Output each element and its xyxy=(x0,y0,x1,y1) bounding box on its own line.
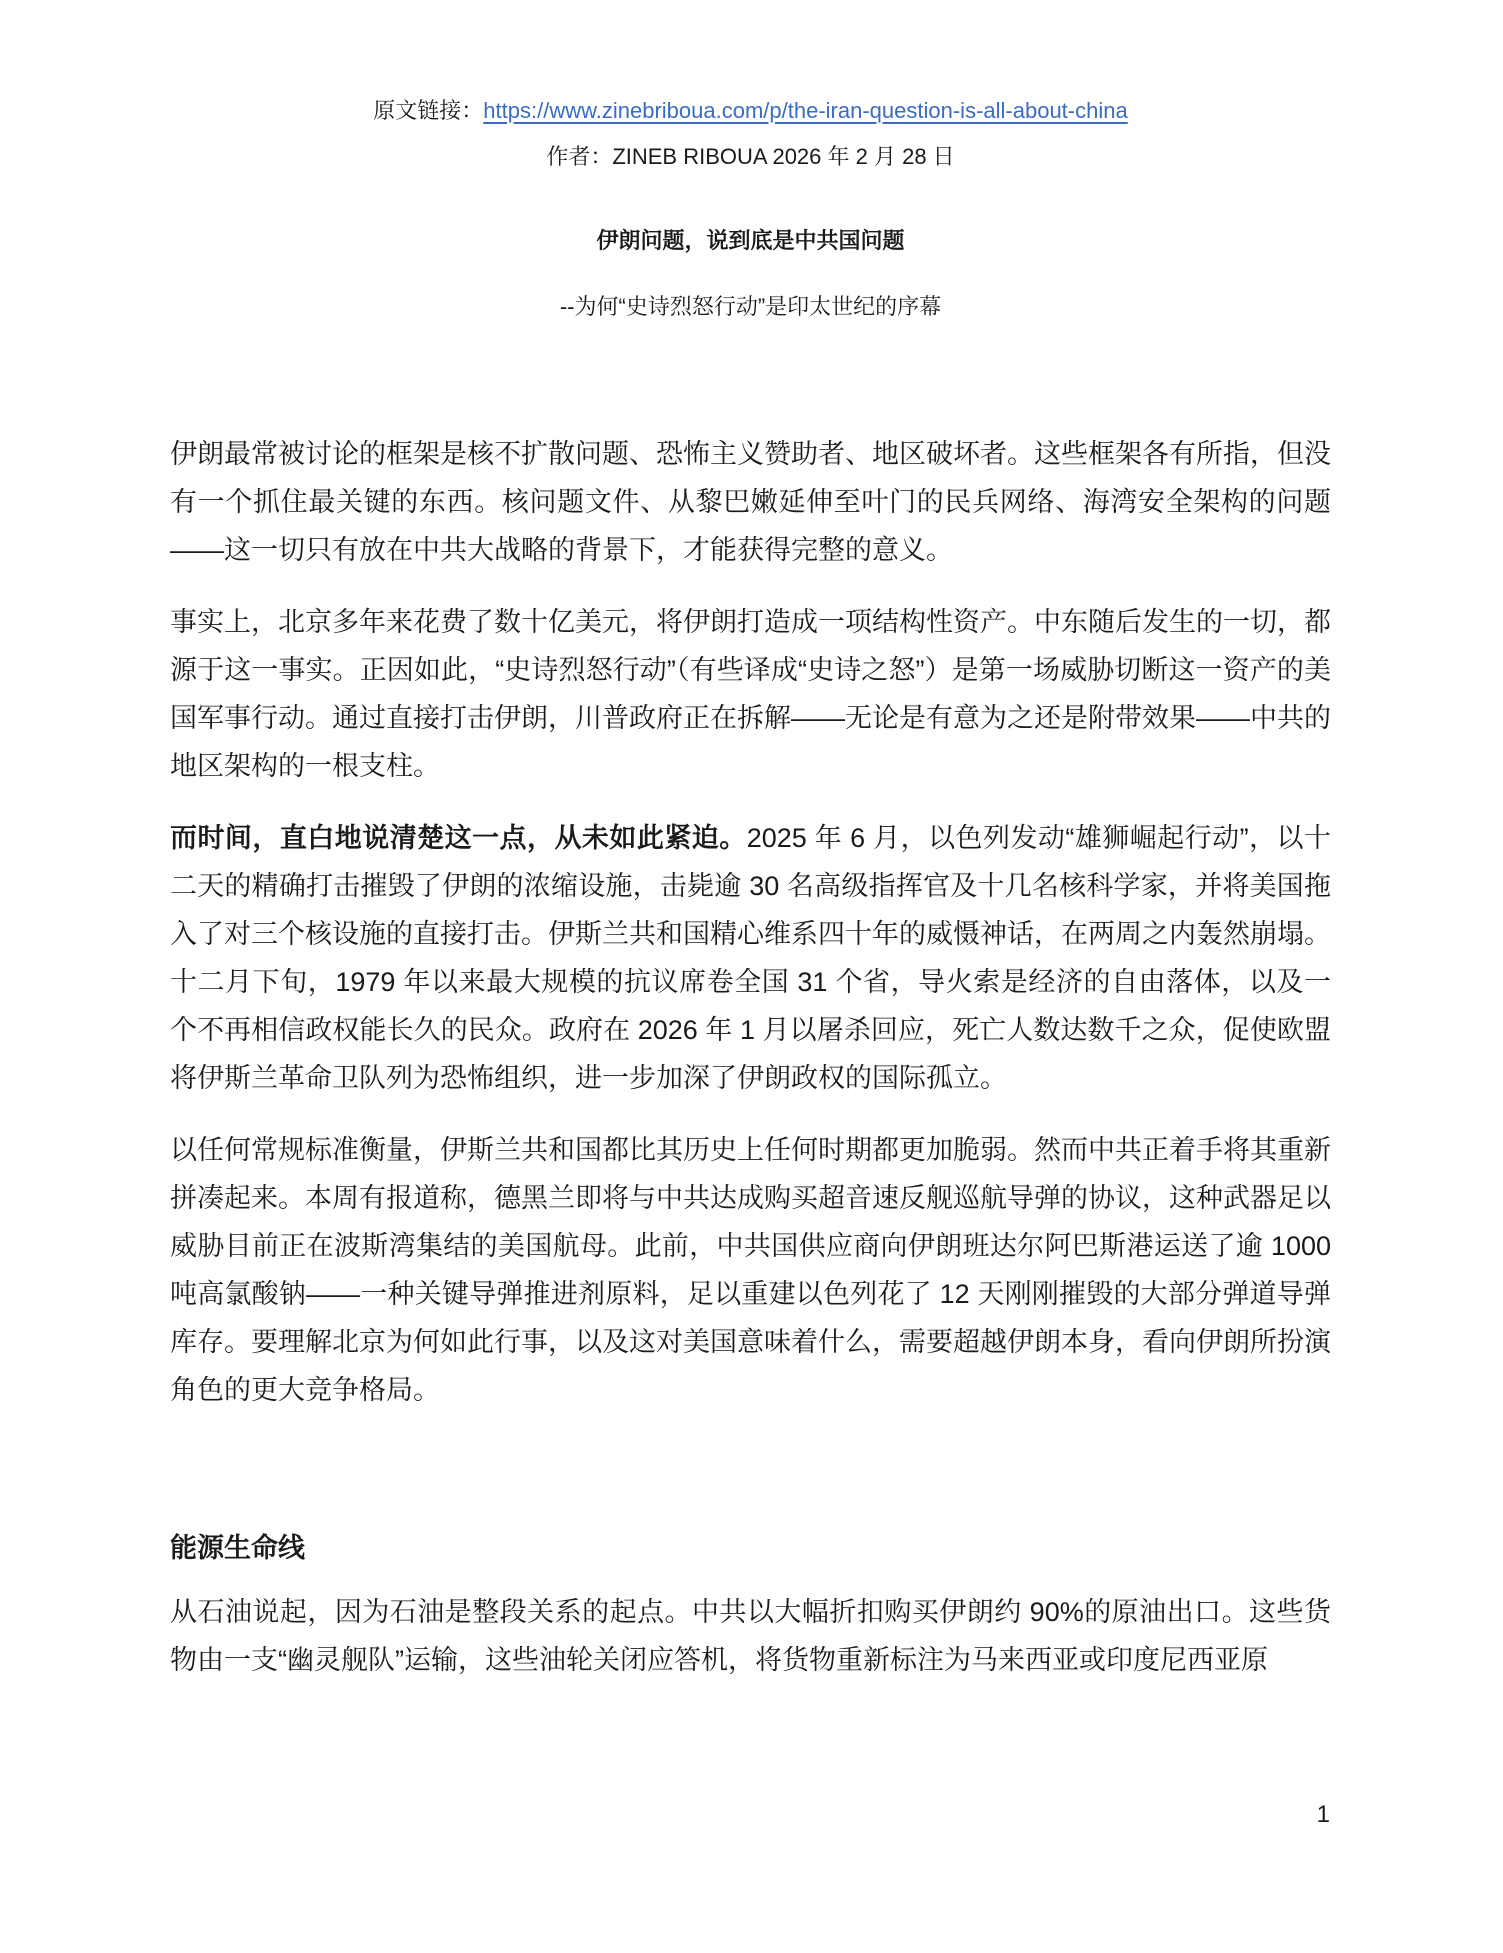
bold-lead-sentence: 而时间，直白地说清楚这一点，从未如此紧迫。 xyxy=(170,823,747,853)
section-heading-energy-lifeline: 能源生命线 xyxy=(170,1524,1331,1572)
byline: 作者：ZINEB RIBOUA 2026 年 2 月 28 日 xyxy=(170,134,1331,180)
body-paragraph-3: 而时间，直白地说清楚这一点，从未如此紧迫。2025 年 6 月，以色列发动“雄狮… xyxy=(170,814,1331,1102)
page-number: 1 xyxy=(1317,1800,1330,1830)
article-subtitle: --为何“史诗烈怒行动”是印太世纪的序幕 xyxy=(170,294,1331,320)
body-paragraph-1: 伊朗最常被讨论的框架是核不扩散问题、恐怖主义赞助者、地区破坏者。这些框架各有所指… xyxy=(170,430,1331,574)
body-paragraph-2: 事实上，北京多年来花费了数十亿美元，将伊朗打造成一项结构性资产。中东随后发生的一… xyxy=(170,598,1331,790)
body-paragraph-4: 以任何常规标准衡量，伊斯兰共和国都比其历史上任何时期都更加脆弱。然而中共正着手将… xyxy=(170,1126,1331,1414)
paragraph-3-body: 2025 年 6 月，以色列发动“雄狮崛起行动”，以十二天的精确打击摧毁了伊朗的… xyxy=(170,823,1331,1093)
source-link-line: 原文链接：https://www.zinebriboua.com/p/the-i… xyxy=(170,88,1331,134)
document-page: 原文链接：https://www.zinebriboua.com/p/the-i… xyxy=(0,0,1503,1953)
section-paragraph-1: 从石油说起，因为石油是整段关系的起点。中共以大幅折扣购买伊朗约 90%的原油出口… xyxy=(170,1588,1331,1684)
document-header: 原文链接：https://www.zinebriboua.com/p/the-i… xyxy=(170,88,1331,180)
article-title: 伊朗问题，说到底是中共国问题 xyxy=(170,228,1331,254)
source-link[interactable]: https://www.zinebriboua.com/p/the-iran-q… xyxy=(483,98,1127,123)
source-link-label: 原文链接： xyxy=(373,98,483,123)
article-body: 伊朗最常被讨论的框架是核不扩散问题、恐怖主义赞助者、地区破坏者。这些框架各有所指… xyxy=(170,430,1331,1684)
